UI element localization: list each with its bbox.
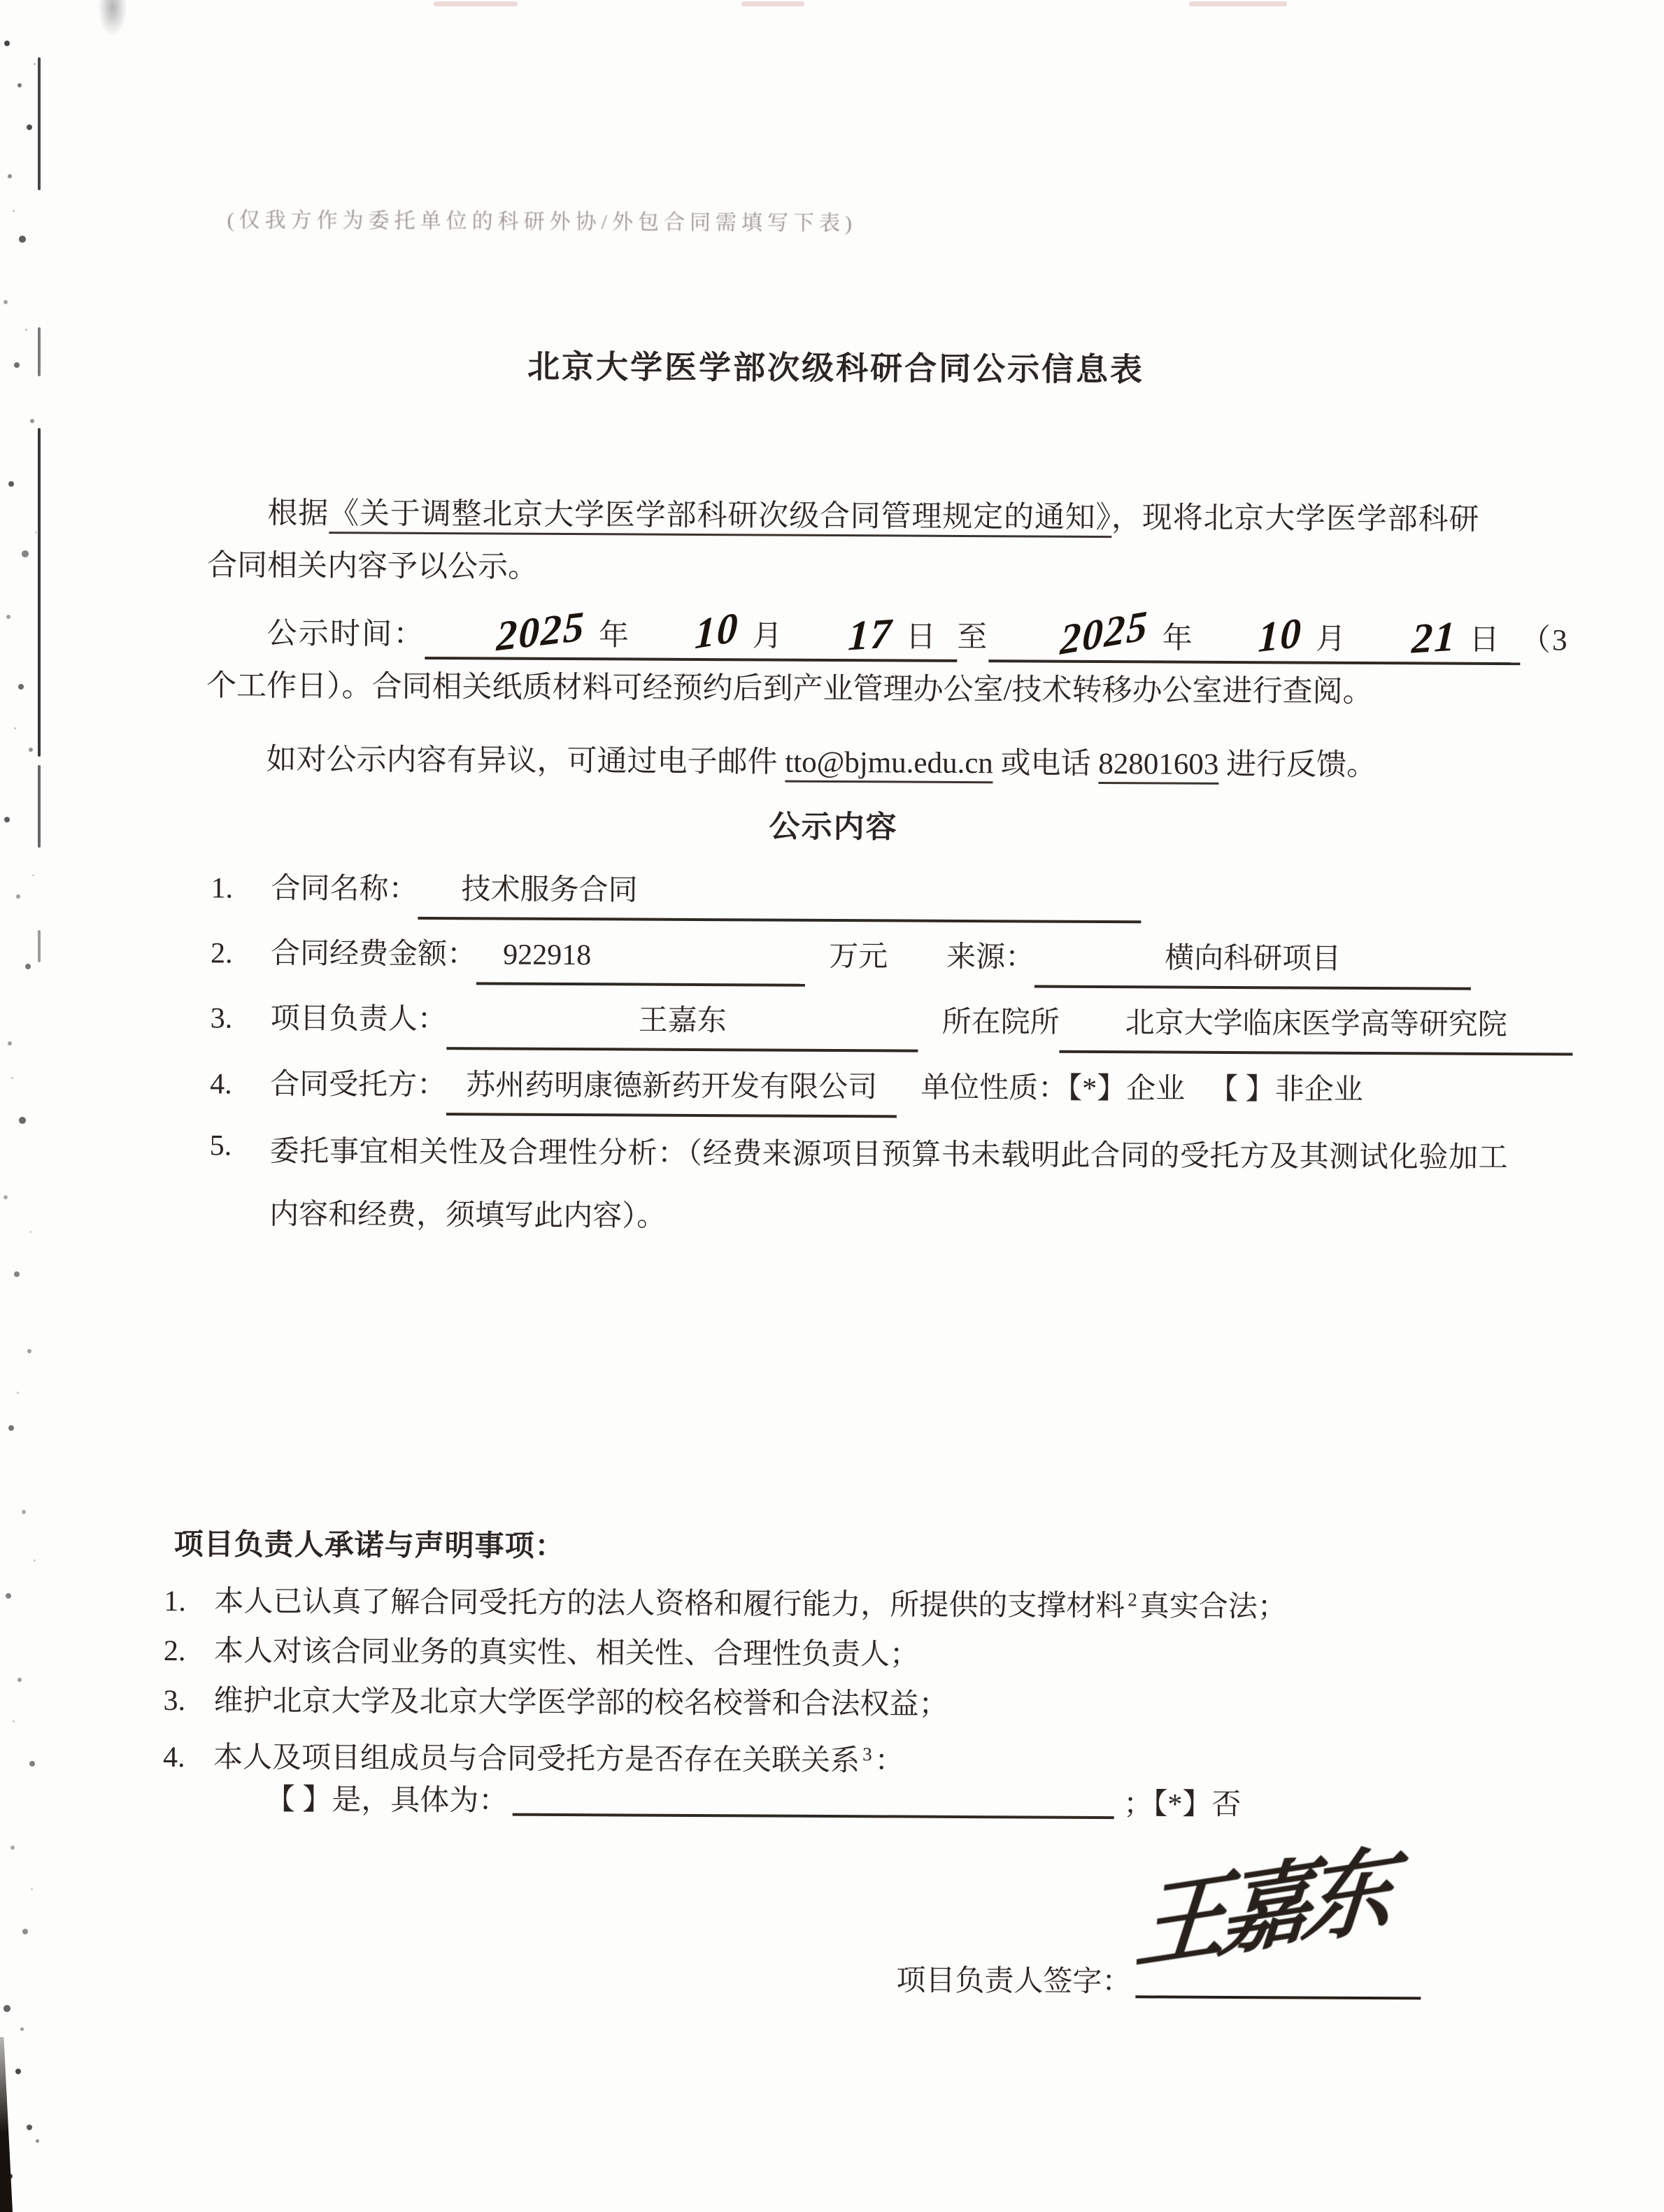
contract-name-field: 技术服务合同 bbox=[418, 864, 1141, 923]
item-number: 1. bbox=[164, 1577, 214, 1627]
related-relationship-line: 【 】是，具体为：；【*】否 bbox=[266, 1776, 1242, 1823]
feedback-phone: 82801603 bbox=[1098, 748, 1218, 785]
publicity-date-to: 2025年10月21日 bbox=[988, 621, 1521, 665]
item-number: 1. bbox=[211, 862, 271, 914]
item-number: 2. bbox=[211, 927, 271, 979]
scan-noise-speckles-dark bbox=[0, 0, 3, 3]
section-title-publicity-content: 公示内容 bbox=[1, 797, 1664, 850]
publicity-period-paragraph: 公示时间：2025年10月17日至2025年10月21日（3 个工作日）。合同相… bbox=[206, 607, 1567, 719]
month-char: 月 bbox=[1314, 623, 1348, 656]
item-contract-amount: 2.合同经费金额：922918万元来源：横向科研项目 bbox=[211, 927, 1616, 991]
publicity-label: 公示时间： bbox=[266, 618, 425, 651]
institute-label: 所在院所 bbox=[942, 1006, 1060, 1039]
leader-name-field: 王嘉东 bbox=[446, 994, 918, 1053]
commitment-text: ： bbox=[874, 1745, 904, 1777]
relevance-analysis-text: 委托事宜相关性及合理性分析：（经费来源项目预算书未载明此合同的受托方及其测试化验… bbox=[269, 1120, 1508, 1253]
year-char: 年 bbox=[597, 619, 631, 652]
to-char: 至 bbox=[957, 621, 988, 654]
footnote-marker: 2 bbox=[1125, 1589, 1140, 1610]
related-no-option-checked: 【*】否 bbox=[1153, 1788, 1241, 1821]
handwritten-signature: 王嘉东 bbox=[1131, 1814, 1393, 1988]
feedback-lead: 如对公示内容有异议，可通过电子邮件 bbox=[266, 743, 785, 779]
item-trustee: 4.合同受托方：苏州药明康德新药开发有限公司单位性质：【*】企业【 】非企业 bbox=[210, 1058, 1616, 1122]
trustee-value: 苏州药明康德新药开发有限公司 bbox=[466, 1069, 877, 1104]
commitment-text: 本人已认真了解合同受托方的法人资格和履行能力，所提供的支撑材料 bbox=[214, 1585, 1125, 1622]
handwritten-month-from: 10 bbox=[634, 606, 739, 666]
item-number: 4. bbox=[210, 1058, 270, 1110]
amount-unit: 万元 bbox=[829, 941, 888, 973]
item-contract-name: 1.合同名称：技术服务合同 bbox=[211, 862, 1616, 926]
handwritten-month-to: 10 bbox=[1198, 611, 1303, 666]
related-details-blank-field bbox=[512, 1783, 1114, 1820]
separator: ； bbox=[1123, 1788, 1153, 1820]
feedback-mid: 或电话 bbox=[993, 747, 1099, 780]
handwritten-day-from: 17 bbox=[788, 612, 894, 661]
amount-field: 922918 bbox=[476, 929, 805, 986]
handwritten-day-to: 21 bbox=[1351, 615, 1457, 664]
item-number: 5. bbox=[209, 1120, 270, 1246]
commitment-text: 本人对该合同业务的真实性、相关性、合理性负责人； bbox=[214, 1635, 919, 1671]
institute-field: 北京大学临床医学高等研究院 bbox=[1059, 997, 1572, 1056]
feedback-tail: 进行反馈。 bbox=[1218, 748, 1377, 782]
source-field: 横向科研项目 bbox=[1034, 932, 1471, 990]
signature-row: 项目负责人签字： 王嘉东 bbox=[896, 1957, 1421, 2001]
month-char: 月 bbox=[751, 620, 784, 652]
intro-lead: 根据 bbox=[267, 497, 329, 530]
contract-name-value: 技术服务合同 bbox=[462, 873, 638, 906]
entity-type-enterprise-checked: 【*】企业 bbox=[1067, 1073, 1185, 1106]
commitment-item: 1.本人已认真了解合同受托方的法人资格和履行能力，所提供的支撑材料2真实合法； bbox=[164, 1570, 1598, 1634]
feedback-email: tto@bjmu.edu.cn bbox=[785, 746, 993, 784]
scan-noise-speckles-light bbox=[0, 0, 2, 2]
source-label: 来源： bbox=[946, 941, 1034, 974]
signature-label: 项目负责人签字： bbox=[896, 1964, 1131, 1998]
document-title: 北京大学医学部次级科研合同公示信息表 bbox=[3, 338, 1664, 393]
item-label: 项目负责人： bbox=[271, 1003, 447, 1036]
institute-value: 北京大学临床医学高等研究院 bbox=[1125, 1007, 1507, 1041]
publicity-date-from: 2025年10月17日 bbox=[425, 618, 958, 662]
day-char: 日 bbox=[1467, 624, 1501, 657]
commitment-section-title: 项目负责人承诺与声明事项： bbox=[174, 1521, 565, 1565]
referenced-notice-title: 《关于调整北京大学医学部科研次级合同管理规定的通知》 bbox=[329, 497, 1111, 538]
day-char: 日 bbox=[904, 621, 938, 654]
commitment-text: 本人及项目组成员与合同受托方是否存在关联关系 bbox=[213, 1741, 860, 1777]
entity-type-non-enterprise: 【 】非企业 bbox=[1209, 1073, 1363, 1106]
commitment-item: 3.维护北京大学及北京大学医学部的校名校誉和合法权益； bbox=[163, 1676, 1597, 1734]
entity-type-label: 单位性质： bbox=[920, 1072, 1067, 1105]
scanned-document-page: (仅我方作为委托单位的科研外协/外包合同需填写下表) 北京大学医学部次级科研合同… bbox=[0, 0, 1664, 2212]
source-value: 横向科研项目 bbox=[1165, 942, 1341, 975]
commitment-text: 真实合法； bbox=[1140, 1590, 1287, 1623]
commitment-item: 2.本人对该合同业务的真实性、相关性、合理性负责人； bbox=[164, 1627, 1598, 1684]
year-char: 年 bbox=[1160, 622, 1194, 655]
item-project-leader: 3.项目负责人：王嘉东所在院所北京大学临床医学高等研究院 bbox=[210, 992, 1616, 1056]
item-label: 合同名称： bbox=[271, 873, 418, 906]
handwritten-year-to: 2025 bbox=[1000, 604, 1149, 671]
item-number: 2. bbox=[164, 1627, 214, 1676]
item-label: 合同经费金额： bbox=[271, 938, 476, 971]
item-number: 3. bbox=[210, 992, 270, 1044]
feedback-paragraph: 如对公示内容有异议，可通过电子邮件 tto@bjmu.edu.cn 或电话 82… bbox=[206, 733, 1566, 792]
top-faint-note: (仅我方作为委托单位的科研外协/外包合同需填写下表) bbox=[227, 202, 858, 236]
intro-paragraph: 根据《关于调整北京大学医学部科研次级合同管理规定的通知》，现将北京大学医学部科研… bbox=[207, 487, 1479, 599]
document-sheet: (仅我方作为委托单位的科研外协/外包合同需填写下表) 北京大学医学部次级科研合同… bbox=[0, 0, 1664, 2212]
handwritten-year-from: 2025 bbox=[436, 605, 586, 665]
commitment-text: 维护北京大学及北京大学医学部的校名校誉和合法权益； bbox=[213, 1685, 948, 1720]
item-number: 3. bbox=[163, 1676, 213, 1726]
commitment-list: 1.本人已认真了解合同受托方的法人资格和履行能力，所提供的支撑材料2真实合法； … bbox=[163, 1570, 1598, 1790]
item-label: 合同受托方： bbox=[270, 1069, 446, 1101]
amount-value: 922918 bbox=[503, 939, 591, 972]
item-number: 4. bbox=[163, 1733, 213, 1783]
item-relevance-analysis: 5.委托事宜相关性及合理性分析：（经费来源项目预算书未载明此合同的受托方及其测试… bbox=[209, 1120, 1616, 1253]
related-yes-option: 【 】是，具体为： bbox=[266, 1784, 509, 1818]
leader-name-value: 王嘉东 bbox=[639, 1005, 727, 1038]
footnote-marker: 3 bbox=[860, 1743, 875, 1764]
trustee-field: 苏州药明康德新药开发有限公司 bbox=[446, 1059, 897, 1118]
